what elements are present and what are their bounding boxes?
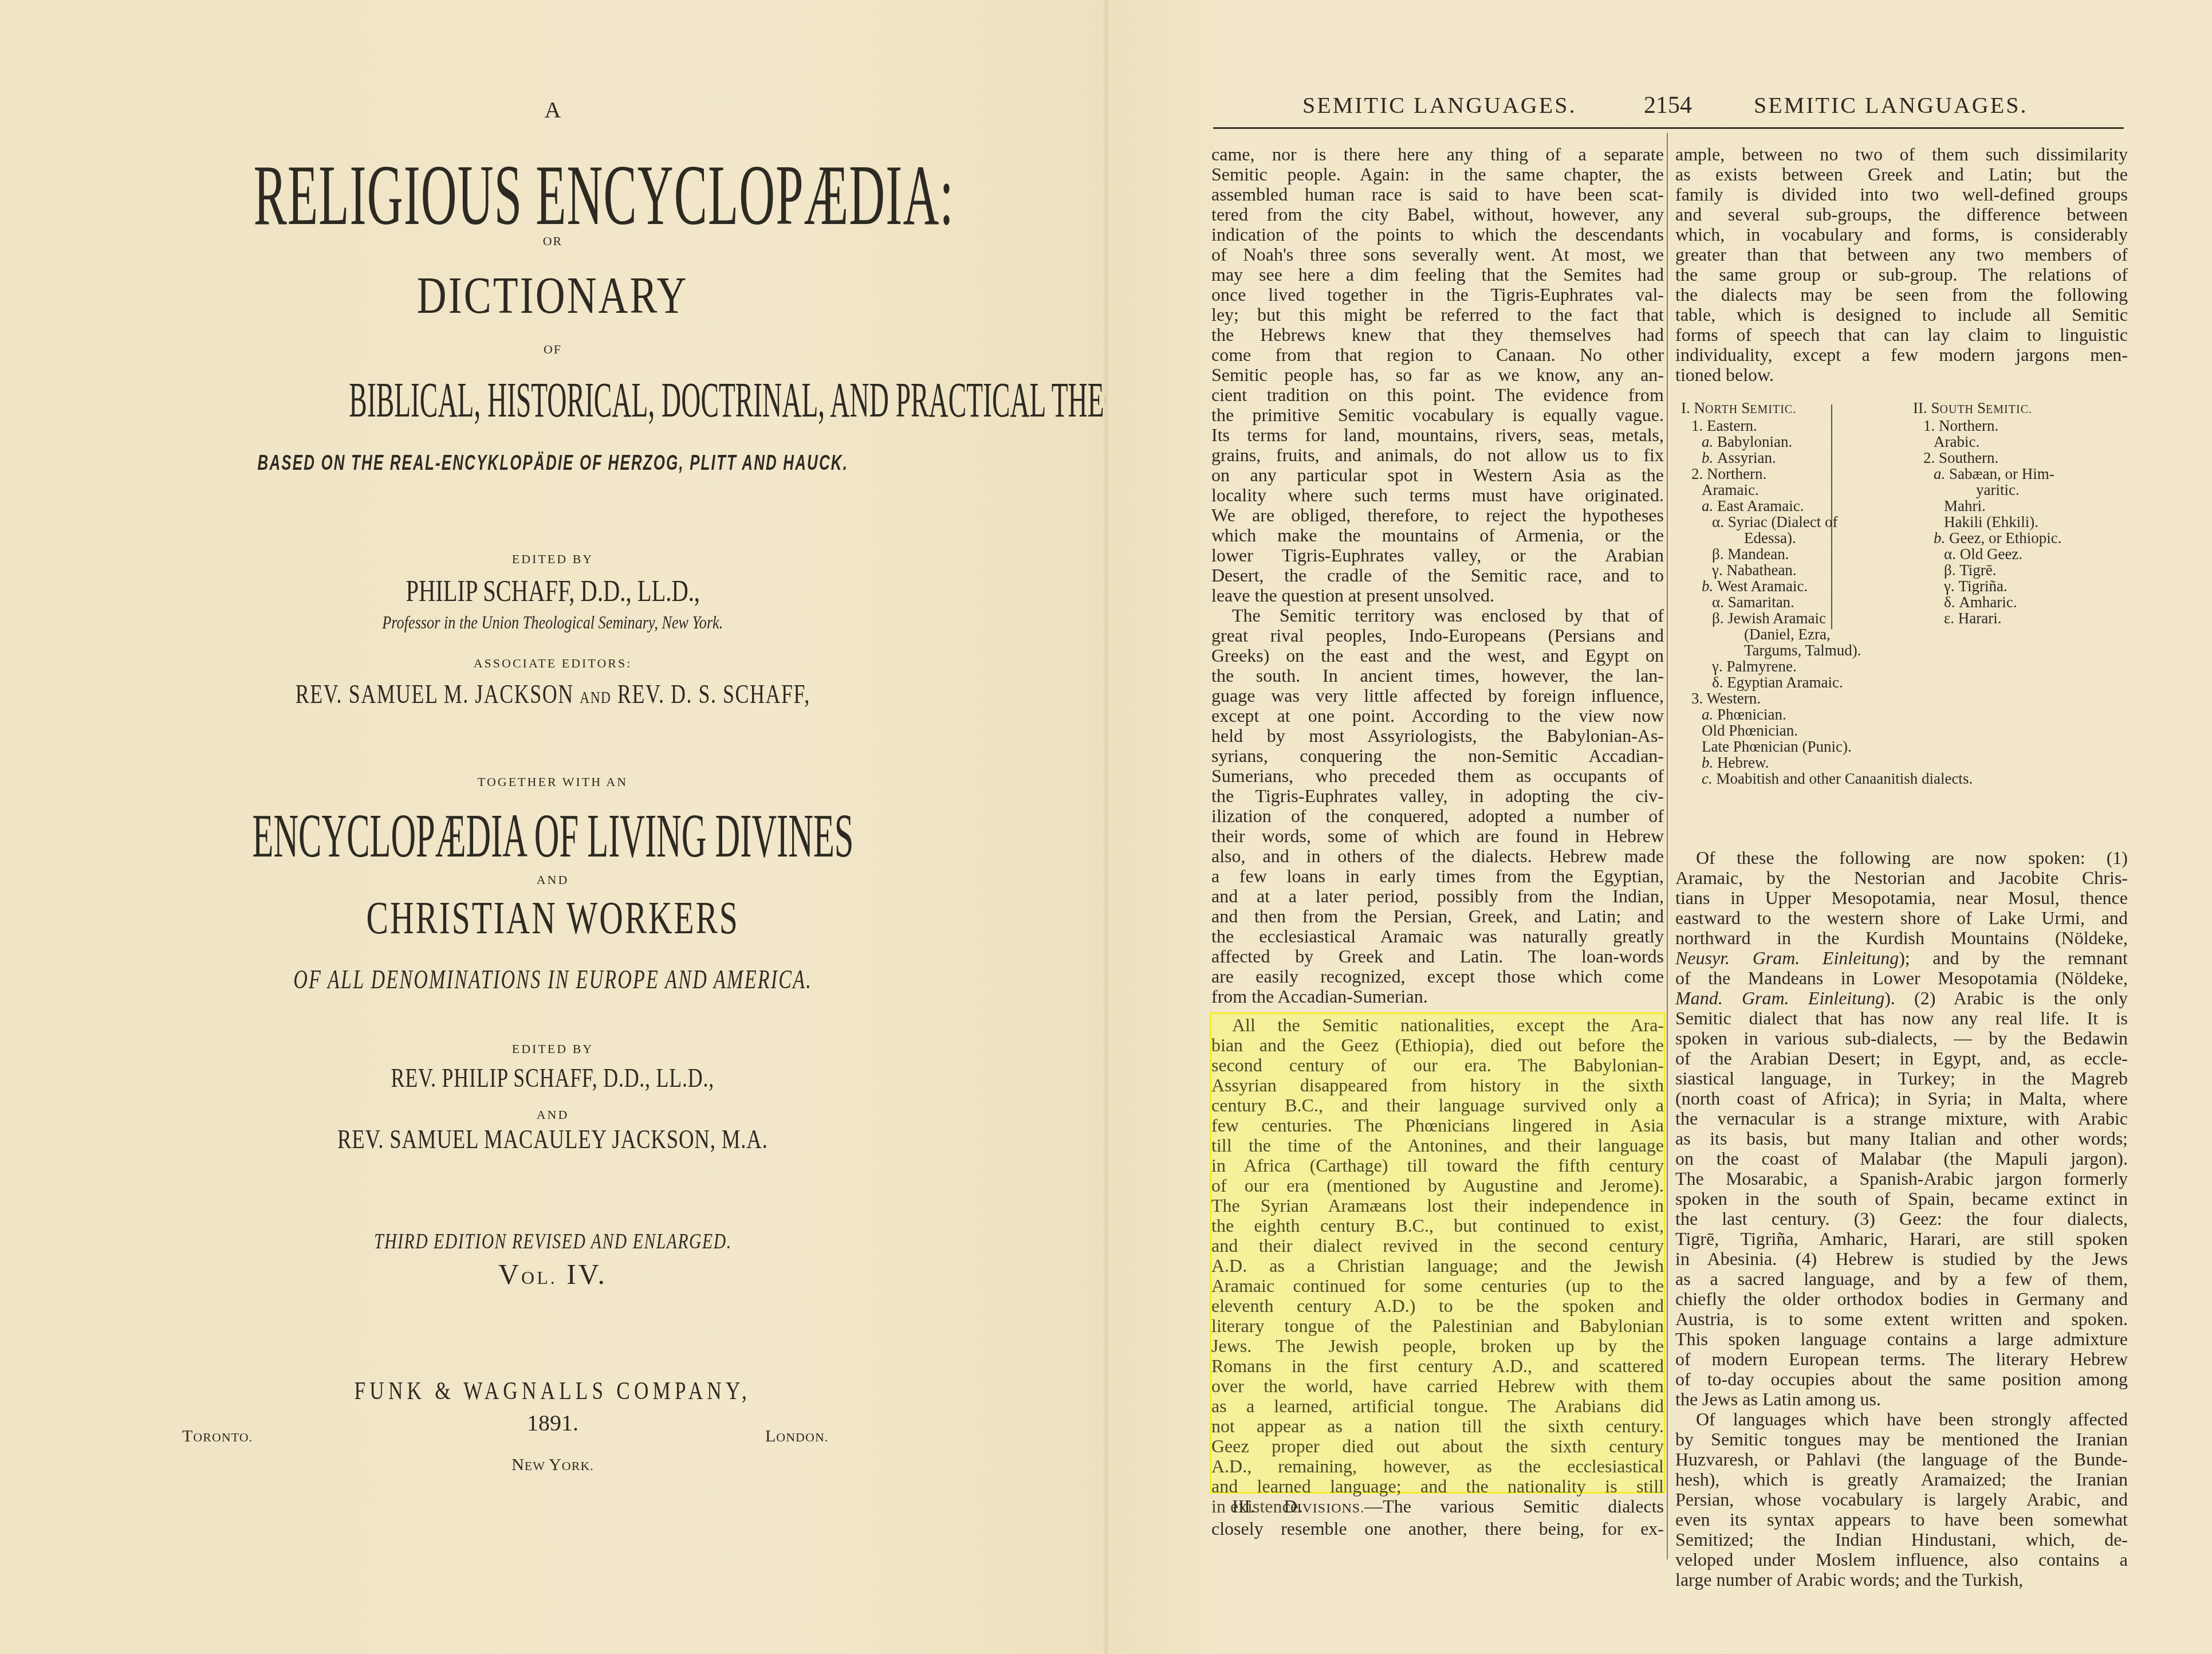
text-line: tioned below. [1675, 365, 2128, 385]
text-line: of modern European terms. The literary H… [1675, 1349, 2128, 1369]
living-divines-title: ENCYCLOPÆDIA OF LIVING DIVINES [0, 801, 1105, 872]
text-line: affected by Greek and Latin. The loan-wo… [1211, 946, 1664, 967]
denominations-line: OF ALL DENOMINATIONS IN EUROPE AND AMERI… [0, 964, 1105, 995]
text-line: Tigrē, Tigriña, Amharic, Harari, are sti… [1675, 1229, 2128, 1249]
associate-and: AND [580, 688, 611, 707]
main-title: RELIGIOUS ENCYCLOPÆDIA: [0, 146, 1105, 245]
table-row: c. Moabitish and other Canaanitish diale… [1681, 771, 1907, 787]
text-line[interactable]: Assyrian disappeared from history in the… [1211, 1075, 1664, 1095]
text-line: Semitic people has, so far as we know, a… [1211, 365, 1664, 385]
page-gutter [1103, 0, 1109, 1654]
row-text: Geez, or Ethiopic. [1949, 529, 2061, 547]
text-line: Semitic people. Again: in the same chapt… [1211, 164, 1664, 184]
text-line: the same group or sub-group. The relatio… [1675, 265, 2128, 285]
editor-affiliation: Professor in the Union Theological Semin… [0, 612, 1105, 633]
text-line: as its basis, but many Italian and other… [1675, 1129, 2128, 1149]
table-row: b. Geez, or Ethiopic. [1913, 530, 2125, 546]
table-row: yaritic. [1913, 482, 2125, 498]
row-text: Northern. [1707, 465, 1766, 482]
row-marker: a. [1702, 497, 1717, 514]
north-semitic-heading: I. NORTH SEMITIC. [1681, 400, 1907, 418]
christian-workers-title: CHRISTIAN WORKERS [0, 893, 1105, 945]
text-line: on the coast of Malabar (the Mapuli jarg… [1675, 1149, 2128, 1169]
text-line: syrians, conquering the non-Semitic Acca… [1211, 746, 1664, 766]
title-article: A [0, 96, 1105, 123]
table-row: Late Phœnician (Punic). [1681, 738, 1907, 755]
table-row: Targums, Talmud). [1681, 642, 1907, 658]
text-line: leave the question at present unsolved. [1211, 586, 1664, 606]
running-head-left: SEMITIC LANGUAGES. [1302, 92, 1576, 119]
text-line: Sumerians, who preceded them as occupant… [1211, 766, 1664, 786]
table-row: a. Sabæan, or Him- [1913, 466, 2125, 482]
table-row: δ. Egyptian Aramaic. [1681, 674, 1907, 690]
city-toronto: TORONTO. [182, 1427, 253, 1446]
row-text: Moabitish and other Canaanitish dialects… [1716, 770, 1973, 787]
row-marker: δ. [1712, 674, 1727, 691]
text-line: Of these the following are now spoken: (… [1675, 848, 2128, 868]
paragraph-spoken-dialects: Of these the following are now spoken: (… [1675, 848, 2128, 1409]
right-column: ample, between no two of them such dissi… [1675, 144, 2128, 385]
row-marker: 1. [1923, 417, 1939, 434]
table-row: a. Babylonian. [1681, 434, 1907, 450]
text-line: which, in vocabulary and forms, is consi… [1675, 225, 2128, 245]
text-line[interactable]: over the world, have carried Hebrew with… [1211, 1376, 1664, 1396]
row-text: Tigriña. [1958, 577, 2007, 595]
text-line: and several sub-groups, the difference b… [1675, 205, 2128, 225]
text-line: (north coast of Africa); in Syria; in Ma… [1675, 1089, 2128, 1109]
text-line: locality where such terms must have orig… [1211, 485, 1664, 505]
city-london: LONDON. [765, 1427, 828, 1446]
row-marker: ε. [1944, 610, 1958, 627]
editor-2a: REV. PHILIP SCHAFF, D.D., LL.D., [0, 1063, 1105, 1093]
text-line: may see here a dim feeling that the Semi… [1211, 265, 1664, 285]
row-marker: c. [1702, 770, 1716, 787]
table-row: α. Samaritan. [1681, 594, 1907, 610]
row-marker: b. [1702, 449, 1717, 466]
associate-editors: REV. SAMUEL M. JACKSON AND REV. D. S. SC… [0, 679, 1105, 709]
row-text: Jewish Aramaic [1727, 610, 1826, 627]
table-row: 3. Western. [1681, 690, 1907, 706]
row-text: Northern. [1939, 417, 1998, 434]
text-line: the ecclesiastical Aramaic was naturally… [1211, 926, 1664, 946]
text-line: also, and in others of the dialects. Heb… [1211, 846, 1664, 866]
table-row: γ. Nabathean. [1681, 562, 1907, 578]
text-line[interactable]: Jews. The Jewish people, broken up by th… [1211, 1336, 1664, 1356]
text-line: the Tigris-Euphrates valley, in adopting… [1211, 786, 1664, 806]
text-line[interactable]: till the time of the Antonines, and thei… [1211, 1136, 1664, 1156]
row-text: Late Phœnician (Punic). [1702, 738, 1852, 755]
text-line: the Hebrews knew that they themselves ha… [1211, 325, 1664, 345]
text-line: once lived together in the Tigris-Euphra… [1211, 285, 1664, 305]
text-line: held by most Assyriologists, the Babylon… [1211, 726, 1664, 746]
row-marker: 3. [1691, 690, 1707, 707]
text-line[interactable]: Geez proper died out about the sixth cen… [1211, 1436, 1664, 1456]
text-line: from the Accadian-Sumerian. [1211, 987, 1664, 1007]
row-text: Harari. [1958, 610, 2002, 627]
row-marker: α. [1712, 594, 1728, 611]
row-text: Eastern. [1707, 417, 1757, 434]
text-line[interactable]: All the Semitic nationalities, except th… [1211, 1015, 1664, 1035]
table-row: Old Phœnician. [1681, 722, 1907, 738]
text-line: tians in Upper Mesopotamia, near Mosul, … [1675, 888, 2128, 908]
row-text: Mandean. [1727, 545, 1789, 563]
table-row: 1. Eastern. [1681, 418, 1907, 434]
text-line[interactable]: A.D., remaining, however, as the ecclesi… [1211, 1456, 1664, 1476]
row-text: Targums, Talmud). [1744, 642, 1861, 659]
table-row: β. Tigrē. [1913, 562, 2125, 578]
paragraph-origins: came, nor is there here any thing of a s… [1211, 144, 1664, 606]
text-line: of the Arabian Desert; in Egypt, and, as… [1675, 1048, 2128, 1068]
edition-line: THIRD EDITION REVISED AND ENLARGED. [0, 1229, 1105, 1254]
text-line: Desert, the cradle of the Semitic race, … [1211, 565, 1664, 586]
text-line[interactable]: and their dialect revived in the second … [1211, 1236, 1664, 1256]
divisions-line-2: closely resemble one another, there bein… [1211, 1519, 1664, 1539]
text-line[interactable]: and learned language; and the nationalit… [1211, 1476, 1664, 1496]
editor-2b: REV. SAMUEL MACAULEY JACKSON, M.A. [0, 1124, 1105, 1154]
table-row: α. Syriac (Dialect of [1681, 514, 1907, 530]
right-column-lower: Of these the following are now spoken: (… [1675, 848, 2128, 1590]
row-marker: β. [1712, 610, 1727, 627]
row-marker: a. [1702, 706, 1717, 723]
table-row: 2. Southern. [1913, 450, 2125, 466]
text-line: greater than that between any two member… [1675, 245, 2128, 265]
row-marker: γ. [1712, 561, 1726, 579]
row-text: Babylonian. [1717, 433, 1792, 450]
text-line: hesh), which is greatly Aramaized; the I… [1675, 1470, 2128, 1490]
table-row: γ. Palmyrene. [1681, 658, 1907, 674]
text-line: and at a later period, possibly from the… [1211, 886, 1664, 906]
edited-by-label: EDITED BY [0, 552, 1105, 567]
text-line[interactable]: Romans in the first century A.D., and sc… [1211, 1356, 1664, 1376]
text-line: the primitive Semitic vocabulary is equa… [1211, 405, 1664, 425]
text-line: a few loans in early times from the Egyp… [1211, 866, 1664, 886]
row-marker: β. [1712, 545, 1727, 563]
title-or: OR [0, 234, 1105, 249]
text-line: tered from the city Babel, without, howe… [1211, 205, 1664, 225]
text-line[interactable]: Aramaic continued for some centuries (up… [1211, 1276, 1664, 1296]
row-text: Hakili (Ehkili). [1944, 513, 2038, 531]
text-line: by Semitic tongues may be mentioned the … [1675, 1429, 2128, 1449]
book-spread: A RELIGIOUS ENCYCLOPÆDIA: OR DICTIONARY … [0, 0, 2212, 1654]
text-line: family is divided into two well-defined … [1675, 184, 2128, 205]
south-semitic-column: II. SOUTH SEMITIC. 1. Northern.Arabic.2.… [1913, 400, 2125, 626]
volume-number: VOL. IV. [0, 1258, 1105, 1291]
left-column: came, nor is there here any thing of a s… [1211, 144, 1664, 1007]
text-line: indication of the points to which the de… [1211, 225, 1664, 245]
table-row: ε. Harari. [1913, 610, 2125, 626]
text-line: the dialects may be seen from the follow… [1675, 285, 2128, 305]
associate-editor-b: REV. D. S. SCHAFF, [617, 679, 810, 709]
row-marker: a. [1702, 433, 1717, 450]
title-dictionary: DICTIONARY [0, 265, 1105, 325]
text-line: and then from the Persian, Greek, and La… [1211, 906, 1664, 926]
page-number: 2154 [1644, 92, 1692, 119]
associate-editors-label: ASSOCIATE EDITORS: [0, 656, 1105, 671]
row-text: yaritic. [1976, 481, 2020, 498]
text-line: came, nor is there here any thing of a s… [1211, 144, 1664, 164]
south-semitic-heading: II. SOUTH SEMITIC. [1913, 400, 2125, 418]
table-row: b. Assyrian. [1681, 450, 1907, 466]
text-line: as a sacred language, and by a few of th… [1675, 1269, 2128, 1289]
table-row: Edessa). [1681, 530, 1907, 546]
text-line: veloped under Moslem influence, also con… [1675, 1550, 2128, 1570]
paragraph-affected-languages: Of languages which have been strongly af… [1675, 1409, 2128, 1590]
table-row: a. Phœnician. [1681, 706, 1907, 722]
text-line[interactable]: as a learned, artificial tongue. The Ara… [1211, 1396, 1664, 1416]
text-line: siastical language, in Turkey; in the Ma… [1675, 1068, 2128, 1089]
text-line: on any particular spot in Western Asia a… [1211, 465, 1664, 485]
row-text: Samaritan. [1728, 594, 1794, 611]
row-text: East Aramaic. [1717, 497, 1804, 514]
row-text: Old Phœnician. [1702, 722, 1798, 739]
text-line: cient tradition on this point. The evide… [1211, 385, 1664, 405]
text-line: as exists between Greek and Latin; but t… [1675, 164, 2128, 184]
header-rule [1213, 127, 2124, 129]
citation-title: Mand. Gram. Einleitung [1675, 988, 1884, 1008]
text-line: great rival peoples, Indo-Europeans (Per… [1211, 626, 1664, 646]
text-line: Huzvaresh, or Pahlavi (the language of t… [1675, 1449, 2128, 1470]
row-marker: γ. [1944, 577, 1958, 595]
row-text: Assyrian. [1717, 449, 1776, 466]
paragraph-territory: The Semitic territory was enclosed by th… [1211, 606, 1664, 1007]
text-line: come from that region to Canaan. No othe… [1211, 345, 1664, 365]
text-line: spoken in various sub-dialects, — by the… [1675, 1028, 2128, 1048]
text-line: of the Mandeans in Lower Mesopotamia (Nö… [1675, 968, 2128, 988]
text-line: table, which is designed to include all … [1675, 305, 2128, 325]
table-row: Mahri. [1913, 498, 2125, 514]
text-line[interactable]: in Africa (Carthage) till toward the fif… [1211, 1156, 1664, 1176]
table-row: 2. Northern. [1681, 466, 1907, 482]
text-line: Greeks) on the east and the west, and Eg… [1211, 646, 1664, 666]
row-text: Syriac (Dialect of [1728, 513, 1838, 531]
text-line[interactable]: literary tongue of the Palestinian and B… [1211, 1316, 1664, 1336]
text-line: forms of speech that can lay claim to li… [1675, 325, 2128, 345]
city-new-york: NEW YORK. [0, 1455, 1105, 1475]
row-marker: 2. [1923, 449, 1939, 466]
table-row: α. Old Geez. [1913, 546, 2125, 562]
row-text: Egyptian Aramaic. [1727, 674, 1843, 691]
title-based-on: BASED ON THE REAL-ENCYKLOPÄDIE OF HERZOG… [0, 451, 1105, 475]
row-text: Amharic. [1959, 594, 2017, 611]
row-text: Tigrē. [1959, 561, 1996, 579]
row-text: Nabathean. [1726, 561, 1796, 579]
text-line: The Semitic territory was enclosed by th… [1211, 606, 1664, 626]
text-line: Semitic dialect that has now any real li… [1675, 1008, 2128, 1028]
text-line: guage was very little affected by foreig… [1211, 686, 1664, 706]
table-row: (Daniel, Ezra, [1681, 626, 1907, 642]
text-line: We are obliged, therefore, to reject the… [1211, 505, 1664, 525]
text-line: Neusyr. Gram. Einleitung); and by the re… [1675, 948, 2128, 968]
text-line: are easily recognized, except those whic… [1211, 967, 1664, 987]
text-line: Semitized; the Indian Hindustani, which,… [1675, 1530, 2128, 1550]
text-line: the Jews as Latin among us. [1675, 1389, 2128, 1409]
editor-name: PHILIP SCHAFF, D.D., LL.D., [0, 575, 1105, 608]
row-text: Southern. [1939, 449, 1998, 466]
text-line[interactable]: eleventh century A.D.) to be the spoken … [1211, 1296, 1664, 1316]
text-line: lower Tigris-Euphrates valley, or the Ar… [1211, 545, 1664, 565]
row-text: Mahri. [1944, 497, 1986, 514]
text-line: in Abesinia. (4) Hebrew is studied by th… [1675, 1249, 2128, 1269]
text-line: the last century. (3) Geez: the four dia… [1675, 1209, 2128, 1229]
text-line[interactable]: the eighth century B.C., but continued t… [1211, 1216, 1664, 1236]
row-text: (Daniel, Ezra, [1744, 626, 1831, 643]
associate-editor-a: REV. SAMUEL M. JACKSON [296, 679, 574, 709]
row-text: Palmyrene. [1726, 658, 1796, 675]
row-text: Hebrew. [1717, 754, 1769, 771]
north-semitic-column: I. NORTH SEMITIC. 1. Eastern.a. Babyloni… [1681, 400, 1907, 787]
row-marker: δ. [1944, 594, 1959, 611]
highlighted-paragraph[interactable]: All the Semitic nationalities, except th… [1211, 1015, 1664, 1517]
text-line[interactable]: few centuries. The Phœnicians lingered i… [1211, 1115, 1664, 1136]
text-line: spoken in the south of Spain, became ext… [1675, 1189, 2128, 1209]
table-row: a. East Aramaic. [1681, 498, 1907, 514]
row-marker: b. [1702, 577, 1717, 595]
row-text: Sabæan, or Him- [1949, 465, 2054, 482]
and-label-2: AND [0, 1107, 1105, 1122]
text-line[interactable]: bian and the Geez (Ethiopia), died out b… [1211, 1035, 1664, 1055]
table-row: Arabic. [1913, 434, 2125, 450]
text-line: Mand. Gram. Einleitung). (2) Arabic is t… [1675, 988, 2128, 1008]
text-line: even its syntax appears to have been som… [1675, 1510, 2128, 1530]
table-row: γ. Tigriña. [1913, 578, 2125, 594]
row-text: Old Geez. [1960, 545, 2022, 563]
table-row: b. Hebrew. [1681, 755, 1907, 771]
text-line[interactable]: century B.C., and their language survive… [1211, 1095, 1664, 1115]
title-of: OF [0, 342, 1105, 357]
column-divider [1667, 133, 1668, 1559]
text-line: This spoken language contains a large ad… [1675, 1329, 2128, 1349]
text-line: Its terms for land, mountains, rivers, s… [1211, 425, 1664, 445]
text-line: except at one point. According to the vi… [1211, 706, 1664, 726]
row-marker: b. [1702, 754, 1717, 771]
row-text: Aramaic. [1702, 481, 1759, 498]
text-line: of to-day occupies about the same positi… [1675, 1369, 2128, 1389]
row-marker: a. [1934, 465, 1949, 482]
text-line: Aramaic, by the Nestorian and Jacobite C… [1675, 868, 2128, 888]
together-with-label: TOGETHER WITH AN [0, 775, 1105, 789]
table-row: Aramaic. [1681, 482, 1907, 498]
text-line: ilization of the conquered, adopted a nu… [1211, 806, 1664, 826]
table-row: δ. Amharic. [1913, 594, 2125, 610]
divisions-heading-line: III. DIVISIONS.—The various Semitic dial… [1211, 1496, 1664, 1519]
row-marker: γ. [1712, 658, 1726, 675]
table-row: 1. Northern. [1913, 418, 2125, 434]
text-line: eastward to the western shore of Lake Ur… [1675, 908, 2128, 928]
row-marker: β. [1944, 561, 1959, 579]
table-row: b. West Aramaic. [1681, 578, 1907, 594]
row-marker: α. [1944, 545, 1960, 563]
text-line: their words, some of which are found in … [1211, 826, 1664, 846]
text-line: large number of Arabic words; and the Tu… [1675, 1570, 2128, 1590]
row-text: Edessa). [1744, 529, 1796, 547]
and-label: AND [0, 873, 1105, 887]
text-line: individuality, except a few modern jargo… [1675, 345, 2128, 365]
publication-year: 1891. [0, 1409, 1105, 1436]
text-line: northward in the Kurdish Mountains (Nöld… [1675, 928, 2128, 948]
row-text: Western. [1707, 690, 1761, 707]
table-row: β. Mandean. [1681, 546, 1907, 562]
row-marker: b. [1934, 529, 1949, 547]
title-subtitle: BIBLICAL, HISTORICAL, DOCTRINAL, AND PRA… [0, 371, 1105, 429]
divisions-section: III. DIVISIONS.—The various Semitic dial… [1211, 1496, 1664, 1539]
table-row: β. Jewish Aramaic [1681, 610, 1907, 626]
text-line[interactable]: of our era (mentioned by Augustine and J… [1211, 1176, 1664, 1196]
text-line: ley; but this might be referred to the f… [1211, 305, 1664, 325]
text-line: Of languages which have been strongly af… [1675, 1409, 2128, 1429]
text-line[interactable]: The Syrian Aramæans lost their independe… [1211, 1196, 1664, 1216]
text-line: the south. In ancient times, however, th… [1211, 666, 1664, 686]
row-text: West Aramaic. [1717, 577, 1808, 595]
row-marker: α. [1712, 513, 1728, 531]
text-line: The Mosarabic, a Spanish-Arabic jargon f… [1675, 1169, 2128, 1189]
text-line: the vernacular is a strange mixture, wit… [1675, 1109, 2128, 1129]
text-line: of Noah's three sons severally went. At … [1211, 245, 1664, 265]
running-head-right: SEMITIC LANGUAGES. [1754, 92, 2028, 119]
edited-by-label-2: EDITED BY [0, 1042, 1105, 1056]
text-line: chiefly the older orthodox bodies in Ger… [1675, 1289, 2128, 1309]
text-line: grains, fruits, and animals, do not allo… [1211, 445, 1664, 465]
table-row: Hakili (Ehkili). [1913, 514, 2125, 530]
citation-title: Neusyr. Gram. Einleitung [1675, 948, 1899, 968]
publisher: FUNK & WAGNALLS COMPANY, [0, 1376, 1105, 1405]
text-line: which make the mountains of Armenia, or … [1211, 525, 1664, 545]
paragraph-dissimilarity: ample, between no two of them such dissi… [1675, 144, 2128, 385]
row-marker: 2. [1691, 465, 1707, 482]
text-line[interactable]: A.D. as a Christian language; and the Je… [1211, 1256, 1664, 1276]
row-marker: 1. [1691, 417, 1707, 434]
text-line[interactable]: not appear as a nation till the sixth ce… [1211, 1416, 1664, 1436]
text-line: assembled human race is said to have bee… [1211, 184, 1664, 205]
row-text: Arabic. [1934, 433, 1979, 450]
row-text: Phœnician. [1717, 706, 1786, 723]
text-line[interactable]: second century of our era. The Babylonia… [1211, 1055, 1664, 1075]
text-line: Persian, whose vocabulary is largely Ara… [1675, 1490, 2128, 1510]
text-line: ample, between no two of them such dissi… [1675, 144, 2128, 164]
text-line: Austria, is to some extent written and s… [1675, 1309, 2128, 1329]
